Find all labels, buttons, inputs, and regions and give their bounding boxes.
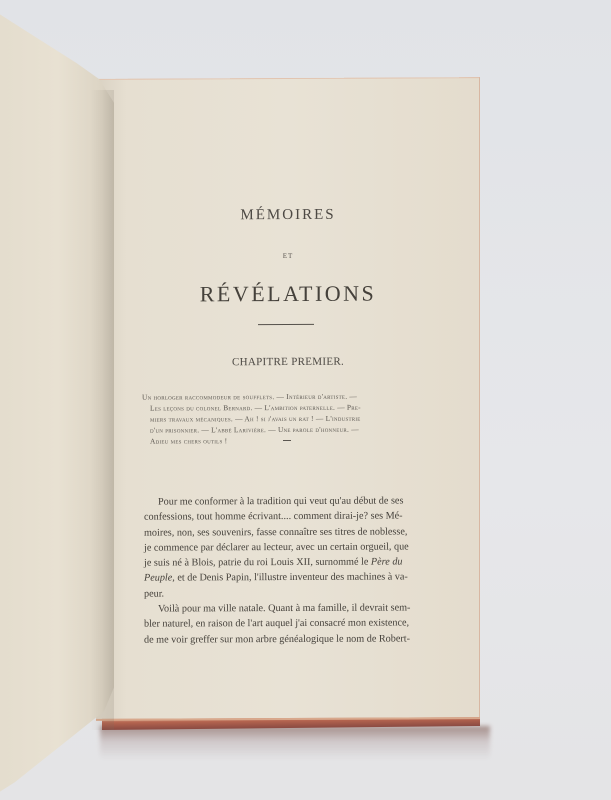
body-line: je suis né à Blois, patrie du roi Louis … (144, 555, 434, 572)
italic-phrase: Père du (371, 557, 403, 568)
body-line: Pour me conformer à la tradition qui veu… (144, 493, 434, 510)
title-revelations: RÉVÉLATIONS (96, 280, 480, 308)
page-content: MÉMOIRES ET RÉVÉLATIONS CHAPITRE PREMIER… (96, 77, 480, 79)
body-line-part: , et de Denis Papin, l'illustre inventeu… (172, 572, 408, 584)
body-text: Pour me conformer à la tradition qui veu… (144, 493, 434, 647)
title-conjunction: ET (96, 251, 480, 261)
chapter-heading: CHAPITRE PREMIER. (96, 355, 480, 369)
body-line: bler naturel, en raison de l'art auquel … (144, 616, 434, 633)
body-line: moires, non, ses souvenirs, fasse connaî… (144, 524, 434, 541)
gutter-shadow (90, 90, 114, 730)
body-line: Peuple, et de Denis Papin, l'illustre in… (144, 570, 434, 587)
title-memoires: MÉMOIRES (96, 206, 480, 225)
section-dash (283, 440, 291, 441)
body-line: je commence par déclarer au lecteur, ave… (144, 539, 434, 556)
right-page: MÉMOIRES ET RÉVÉLATIONS CHAPITRE PREMIER… (96, 77, 480, 721)
body-line-part: je suis né à Blois, patrie du roi Louis … (144, 557, 368, 569)
book-shadow (100, 726, 490, 760)
body-line: de me voir greffer sur mon arbre généalo… (144, 631, 434, 648)
title-rule-divider (258, 324, 314, 325)
italic-phrase: Peuple (144, 573, 172, 584)
body-line: peur. (144, 585, 434, 602)
photo-scene: MÉMOIRES ET RÉVÉLATIONS CHAPITRE PREMIER… (0, 0, 611, 800)
body-line: Voilà pour ma ville natale. Quant à ma f… (144, 600, 434, 617)
body-line: confessions, tout homme écrivant.... com… (144, 509, 434, 526)
chapter-summary: Un horloger raccommodeur de soufflets. —… (142, 390, 434, 446)
